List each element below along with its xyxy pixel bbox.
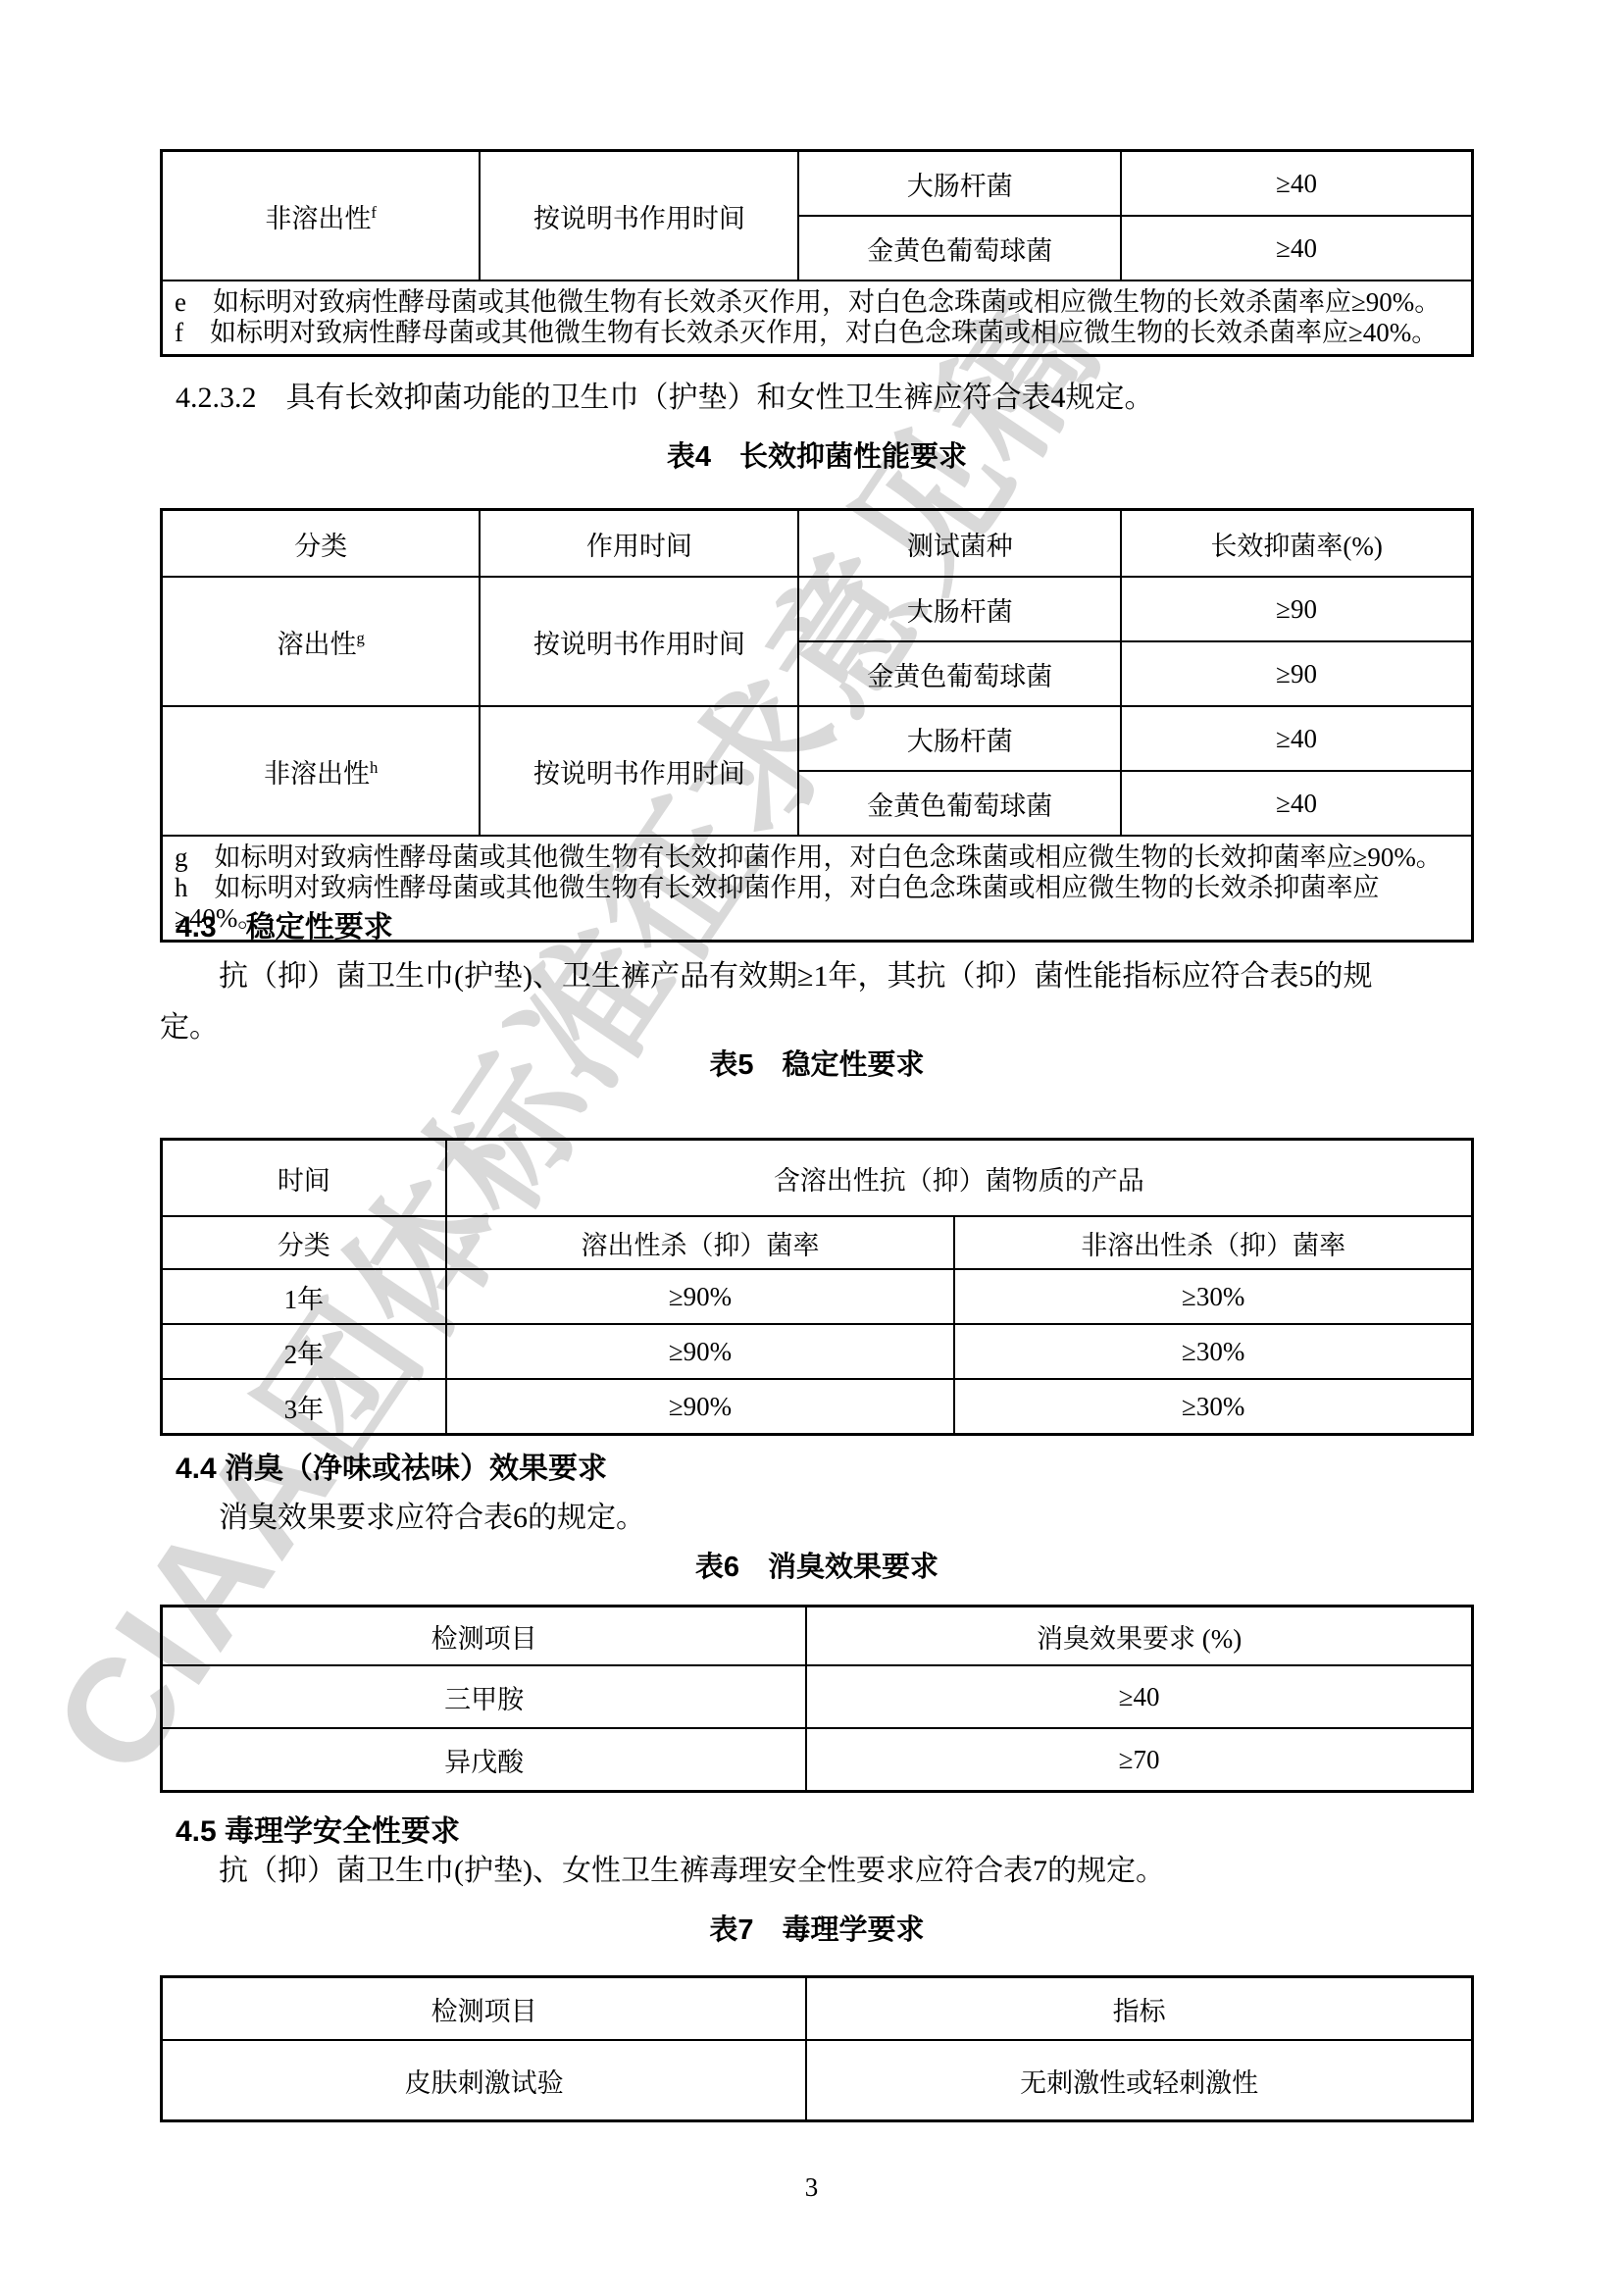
clause-4-2-3-2: 4.2.3.2 具有长效抑菌功能的卫生巾（护垫）和女性卫生裤应符合表4规定。	[160, 377, 1490, 420]
footnote-g: g 如标明对致病性酵母菌或其他微生物有长效抑菌作用，对白色念珠菌或相应微生物的长…	[175, 842, 1459, 873]
header-species: 测试菌种	[798, 510, 1121, 578]
header-soluble-rate: 溶出性杀（抑）菌率	[446, 1216, 955, 1269]
category-label: 非溶出性	[265, 204, 371, 233]
cell-time: 按说明书作用时间	[480, 151, 798, 281]
cell-value: ≥40	[1121, 216, 1472, 281]
cell-species: 金黄色葡萄球菌	[798, 771, 1121, 836]
heading-4-4: 4.4 消臭（净味或祛味）效果要求	[160, 1450, 1490, 1489]
category-label: 溶出性	[278, 630, 357, 659]
table-footnotes: e 如标明对致病性酵母菌或其他微生物有长效杀灭作用，对白色念珠菌或相应微生物的长…	[162, 281, 1473, 356]
table-row: 非溶出性h 按说明书作用时间 大肠杆菌 ≥40	[162, 706, 1473, 771]
cell-category: 非溶出性h	[162, 706, 481, 836]
cell-species: 大肠杆菌	[798, 577, 1121, 641]
table4: 分类 作用时间 测试菌种 长效抑菌率(%) 溶出性g 按说明书作用时间 大肠杆菌…	[160, 508, 1474, 943]
cell-value: 无刺激性或轻刺激性	[806, 2040, 1472, 2121]
cell-value: ≥90%	[446, 1269, 955, 1324]
header-insoluble-rate: 非溶出性杀（抑）菌率	[954, 1216, 1472, 1269]
document-page: CIAA团体标准征求意见稿 非溶出性f 按说明书作用时间 大肠杆菌 ≥40 金黄…	[0, 0, 1623, 2296]
header-item: 检测项目	[162, 1977, 807, 2041]
header-time: 作用时间	[480, 510, 798, 578]
footnote-marker: h	[370, 758, 378, 777]
cell-item: 皮肤刺激试验	[162, 2040, 807, 2121]
heading-4-3: 4.3 稳定性要求	[160, 908, 1490, 947]
cell-value: ≥30%	[954, 1324, 1472, 1379]
cell-value: ≥90%	[446, 1379, 955, 1435]
cell-year: 2年	[162, 1324, 446, 1379]
cell-species: 大肠杆菌	[798, 151, 1121, 217]
footnote-marker: g	[357, 629, 365, 647]
table-header-row: 检测项目 消臭效果要求 (%)	[162, 1607, 1473, 1666]
paragraph-line: 抗（抑）菌卫生巾(护垫)、卫生裤产品有效期≥1年，其抗（抑）菌性能指标应符合表5…	[160, 951, 1474, 1002]
table-header-row: 检测项目 指标	[162, 1977, 1473, 2041]
table-row: 1年 ≥90% ≥30%	[162, 1269, 1473, 1324]
table-header-row: 分类 作用时间 测试菌种 长效抑菌率(%)	[162, 510, 1473, 578]
footnote-marker: f	[371, 203, 377, 222]
header-requirement: 消臭效果要求 (%)	[806, 1607, 1472, 1666]
cell-species: 大肠杆菌	[798, 706, 1121, 771]
paragraph-line: 消臭效果要求应符合表6的规定。	[160, 1493, 1474, 1544]
table-row: 2年 ≥90% ≥30%	[162, 1324, 1473, 1379]
cell-species: 金黄色葡萄球菌	[798, 216, 1121, 281]
cell-time: 按说明书作用时间	[480, 577, 798, 706]
header-rate: 长效抑菌率(%)	[1121, 510, 1472, 578]
cell-item: 三甲胺	[162, 1665, 807, 1728]
table-row: 溶出性g 按说明书作用时间 大肠杆菌 ≥90	[162, 577, 1473, 641]
header-index: 指标	[806, 1977, 1472, 2041]
table7: 检测项目 指标 皮肤刺激试验 无刺激性或轻刺激性	[160, 1975, 1474, 2122]
cell-item: 异戊酸	[162, 1728, 807, 1792]
table-header-row: 分类 溶出性杀（抑）菌率 非溶出性杀（抑）菌率	[162, 1216, 1473, 1269]
table6-caption: 表6 消臭效果要求	[160, 1548, 1474, 1587]
table-row: 三甲胺 ≥40	[162, 1665, 1473, 1728]
table-row: 非溶出性f 按说明书作用时间 大肠杆菌 ≥40	[162, 151, 1473, 217]
cell-year: 3年	[162, 1379, 446, 1435]
cell-value: ≥40	[1121, 771, 1472, 836]
table-footnote-row: e 如标明对致病性酵母菌或其他微生物有长效杀灭作用，对白色念珠菌或相应微生物的长…	[162, 281, 1473, 356]
paragraph-line: 抗（抑）菌卫生巾(护垫)、女性卫生裤毒理安全性要求应符合表7的规定。	[160, 1846, 1474, 1897]
cell-value: ≥90	[1121, 577, 1472, 641]
cell-value: ≥90%	[446, 1324, 955, 1379]
paragraph-4-3: 抗（抑）菌卫生巾(护垫)、卫生裤产品有效期≥1年，其抗（抑）菌性能指标应符合表5…	[160, 951, 1474, 1053]
cell-value: ≥40	[1121, 706, 1472, 771]
category-label: 非溶出性	[264, 759, 370, 789]
cell-category: 溶出性g	[162, 577, 481, 706]
page-number: 3	[0, 2172, 1623, 2203]
cell-value: ≥40	[806, 1665, 1472, 1728]
cell-category: 非溶出性f	[162, 151, 481, 281]
table5-caption: 表5 稳定性要求	[160, 1046, 1474, 1085]
footnote-f: f 如标明对致病性酵母菌或其他微生物有长效杀灭作用，对白色念珠菌或相应微生物的长…	[175, 318, 1459, 348]
table-row: 皮肤刺激试验 无刺激性或轻刺激性	[162, 2040, 1473, 2121]
cell-value: ≥40	[1121, 151, 1472, 217]
paragraph-4-5: 抗（抑）菌卫生巾(护垫)、女性卫生裤毒理安全性要求应符合表7的规定。	[160, 1846, 1474, 1897]
header-category: 分类	[162, 1216, 446, 1269]
cell-year: 1年	[162, 1269, 446, 1324]
table4-caption: 表4 长效抑菌性能要求	[160, 437, 1474, 477]
cell-time: 按说明书作用时间	[480, 706, 798, 836]
header-time: 时间	[162, 1140, 446, 1217]
table5: 时间 含溶出性抗（抑）菌物质的产品 分类 溶出性杀（抑）菌率 非溶出性杀（抑）菌…	[160, 1138, 1474, 1436]
footnote-e: e 如标明对致病性酵母菌或其他微生物有长效杀灭作用，对白色念珠菌或相应微生物的长…	[175, 287, 1459, 318]
table-header-row: 时间 含溶出性抗（抑）菌物质的产品	[162, 1140, 1473, 1217]
table-row: 3年 ≥90% ≥30%	[162, 1379, 1473, 1435]
table6: 检测项目 消臭效果要求 (%) 三甲胺 ≥40 异戊酸 ≥70	[160, 1605, 1474, 1793]
paragraph-4-4: 消臭效果要求应符合表6的规定。	[160, 1493, 1474, 1544]
cell-value: ≥70	[806, 1728, 1472, 1792]
cell-value: ≥90	[1121, 641, 1472, 706]
table7-caption: 表7 毒理学要求	[160, 1911, 1474, 1950]
cell-species: 金黄色葡萄球菌	[798, 641, 1121, 706]
cell-value: ≥30%	[954, 1379, 1472, 1435]
header-product: 含溶出性抗（抑）菌物质的产品	[446, 1140, 1473, 1217]
table-row: 异戊酸 ≥70	[162, 1728, 1473, 1792]
header-category: 分类	[162, 510, 481, 578]
cell-value: ≥30%	[954, 1269, 1472, 1324]
header-item: 检测项目	[162, 1607, 807, 1666]
table3-continued: 非溶出性f 按说明书作用时间 大肠杆菌 ≥40 金黄色葡萄球菌 ≥40 e 如标…	[160, 149, 1474, 357]
